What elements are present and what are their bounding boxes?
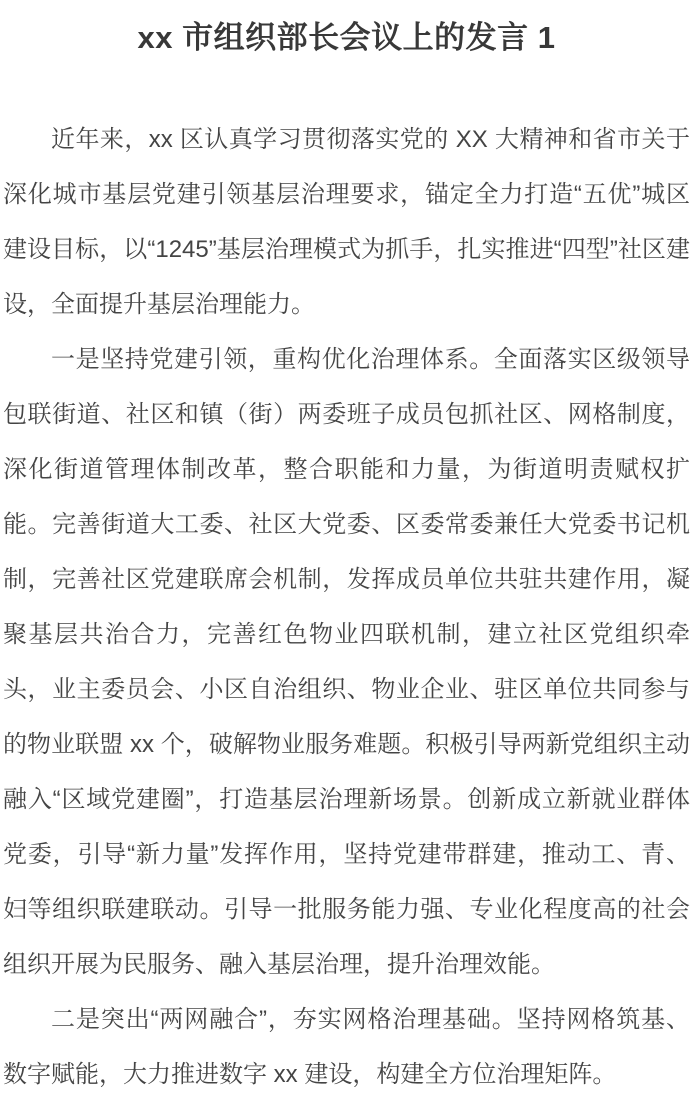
document-page: xx 市组织部长会议上的发言 1 近年来，xx 区认真学习贯彻落实党的 XX 大… <box>0 0 693 1097</box>
paragraph-point-two: 二是突出“两网融合”，夯实网格治理基础。坚持网格筑基、数字赋能，大力推进数字 x… <box>3 992 690 1097</box>
paragraph-point-one: 一是坚持党建引领，重构优化治理体系。全面落实区级领导包联街道、社区和镇（街）两委… <box>3 332 690 992</box>
paragraph-intro: 近年来，xx 区认真学习贯彻落实党的 XX 大精神和省市关于深化城市基层党建引领… <box>3 112 690 332</box>
document-title: xx 市组织部长会议上的发言 1 <box>3 16 690 60</box>
